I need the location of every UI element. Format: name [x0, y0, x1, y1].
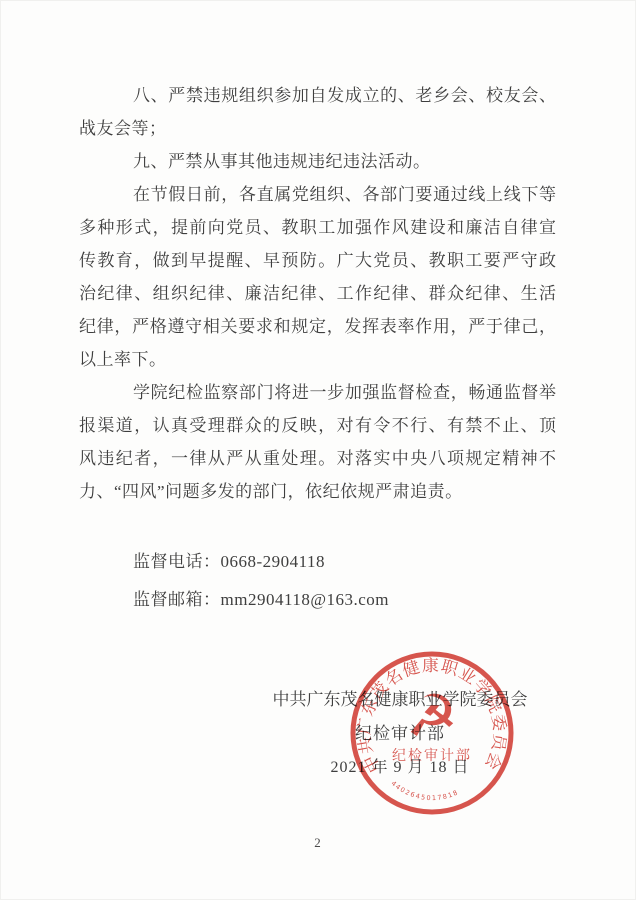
- text-line: 以上率下。: [79, 343, 556, 376]
- document-page: 八、严禁违规组织参加自发成立的、老乡会、校友会、战友会等；九、严禁从事其他违规违…: [0, 0, 636, 900]
- text-line: 多种形式，提前向党员、教职工加强作风建设和廉洁自律宣: [79, 211, 556, 244]
- phone-label: 监督电话：: [133, 552, 221, 571]
- text-line: 战友会等；: [79, 112, 556, 145]
- text-line: 九、严禁从事其他违规违纪违法活动。: [79, 145, 556, 178]
- text-line: 传教育，做到早提醒、早预防。广大党员、教职工要严守政: [79, 244, 556, 277]
- document-body: 八、严禁违规组织参加自发成立的、老乡会、校友会、战友会等；九、严禁从事其他违规违…: [79, 79, 556, 508]
- contact-block: 监督电话：0668-2904118 监督邮箱：mm2904118@163.com: [79, 543, 556, 619]
- page-number: 2: [0, 835, 636, 851]
- text-line: 治纪律、组织纪律、廉洁纪律、工作纪律、群众纪律、生活: [79, 277, 556, 310]
- issue-date: 2021 年 9 月 18 日: [260, 751, 540, 785]
- issuing-organization: 中共广东茂名健康职业学院委员会: [260, 683, 540, 717]
- text-line: 力、“四风”问题多发的部门，依纪依规严肃追责。: [79, 475, 556, 508]
- supervision-email-line: 监督邮箱：mm2904118@163.com: [79, 581, 556, 619]
- phone-number: 0668-2904118: [221, 552, 326, 571]
- text-line: 风违纪者，一律从严从重处理。对落实中央八项规定精神不: [79, 442, 556, 475]
- email-label: 监督邮箱：: [133, 590, 221, 609]
- supervision-phone-line: 监督电话：0668-2904118: [79, 543, 556, 581]
- text-line: 报渠道，认真受理群众的反映，对有令不行、有禁不止、顶: [79, 409, 556, 442]
- email-address: mm2904118@163.com: [221, 590, 390, 609]
- signature-block: 中共广东茂名健康职业学院委员会 纪检审计部 2021 年 9 月 18 日: [260, 683, 540, 785]
- issuing-department: 纪检审计部: [260, 717, 540, 751]
- text-line: 在节假日前，各直属党组织、各部门要通过线上线下等: [79, 178, 556, 211]
- text-line: 八、严禁违规组织参加自发成立的、老乡会、校友会、: [79, 79, 556, 112]
- text-line: 学院纪检监察部门将进一步加强监督检查，畅通监督举: [79, 376, 556, 409]
- text-line: 纪律，严格遵守相关要求和规定，发挥表率作用，严于律己，: [79, 310, 556, 343]
